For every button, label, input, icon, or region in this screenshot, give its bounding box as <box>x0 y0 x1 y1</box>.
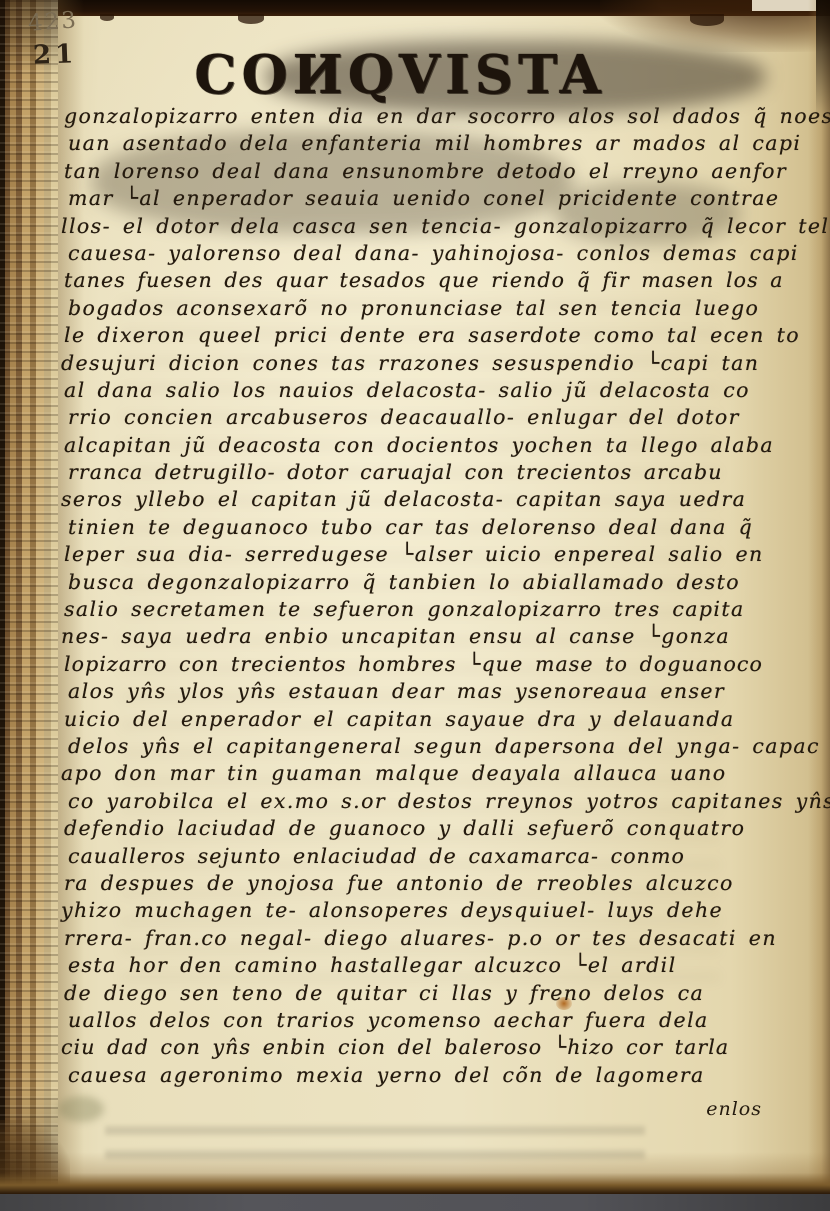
bottom-bleedthrough-text <box>105 1126 645 1170</box>
manuscript-line: co yarobilca el ex.mo s.or destos rreyno… <box>68 789 809 816</box>
manuscript-line: delos yn̂s el capitangeneral segun daper… <box>68 734 809 761</box>
manuscript-line: salio secretamen te sefueron gonzalopiza… <box>64 597 809 624</box>
manuscript-line: gonzalopizarro enten dia en dar socorro … <box>64 104 809 131</box>
manuscript-line: leper sua dia- serredugese └alser uicio … <box>64 542 809 569</box>
manuscript-line: yhizo muchagen te- alonsoperes deysquiue… <box>61 898 809 925</box>
manuscript-line: rrera- fran.co negal- diego aluares- p.o… <box>64 926 809 953</box>
manuscript-line: le dixeron queel prici dente era saserdo… <box>64 323 809 350</box>
manuscript-line: uallos delos con trarios ycomenso aechar… <box>68 1008 809 1035</box>
manuscript-line: ra despues de ynojosa fue antonio de rre… <box>64 871 809 898</box>
manuscript-line: esta hor den camino hastallegar alcuzco … <box>68 953 809 980</box>
top-light-patch <box>752 0 816 11</box>
catchword: enlos <box>706 1098 762 1120</box>
manuscript-line: apo don mar tin guaman malque deayala al… <box>61 761 809 788</box>
manuscript-line: caualleros sejunto enlaciudad de caxamar… <box>68 844 809 871</box>
manuscript-line: desujuri dicion cones tas rrazones sesus… <box>61 351 809 378</box>
ink-drip <box>690 14 724 26</box>
manuscript-page: 423 21 COИQVISTA gonzalopizarro enten di… <box>0 0 830 1211</box>
manuscript-line: mar └al enperador seauia uenido conel pr… <box>68 186 809 213</box>
manuscript-line: seros yllebo el capitan jũ delacosta- ca… <box>61 487 809 514</box>
folio-number: 423 <box>27 7 79 36</box>
manuscript-line: de diego sen teno de quitar ci llas y fr… <box>64 981 809 1008</box>
manuscript-line: bogados aconsexarõ no pronunciase tal se… <box>68 296 809 323</box>
manuscript-line: busca degonzalopizarro q̃ tanbien lo abi… <box>68 570 809 597</box>
manuscript-line: lopizarro con trecientos hombres └que ma… <box>64 652 809 679</box>
manuscript-line: nes- saya uedra enbio uncapitan ensu al … <box>61 624 809 651</box>
text-block: gonzalopizarro enten dia en dar socorro … <box>64 104 809 1090</box>
manuscript-line: uicio del enperador el capitan sayaue dr… <box>64 707 809 734</box>
manuscript-line: alcapitan jũ deacosta con docientos yoch… <box>64 433 809 460</box>
manuscript-line: llos- el dotor dela casca sen tencia- go… <box>61 214 809 241</box>
page-title: COИQVISTA <box>150 44 650 106</box>
ink-drip <box>100 14 114 21</box>
manuscript-line: defendio laciudad de guanoco y dalli sef… <box>64 816 809 843</box>
manuscript-line: tinien te deguanoco tubo car tas deloren… <box>68 515 809 542</box>
manuscript-line: ciu dad con yn̂s enbin cion del baleroso… <box>61 1035 809 1062</box>
table-surface-band <box>0 1194 830 1211</box>
folio-number-secondary: 21 <box>32 39 77 71</box>
manuscript-line: al dana salio los nauios delacosta- sali… <box>64 378 809 405</box>
manuscript-line: tan lorenso deal dana ensunombre detodo … <box>64 159 809 186</box>
book-binding-page-edges <box>0 0 58 1211</box>
ink-drip <box>238 14 264 24</box>
manuscript-line: rrio concien arcabuseros deacauallo- enl… <box>68 405 809 432</box>
manuscript-line: cauesa- yalorenso deal dana- yahinojosa-… <box>68 241 809 268</box>
manuscript-line: uan asentado dela enfanteria mil hombres… <box>68 131 809 158</box>
right-edge-dark-corner <box>816 0 830 120</box>
manuscript-line: alos yn̂s ylos yn̂s estauan dear mas yse… <box>68 679 809 706</box>
olive-margin-smudge <box>58 1096 104 1122</box>
manuscript-line: cauesa ageronimo mexia yerno del cõn de … <box>68 1063 809 1090</box>
manuscript-line: rranca detrugillo- dotor caruajal con tr… <box>68 460 809 487</box>
manuscript-line: tanes fuesen des quar tesados que riendo… <box>64 268 809 295</box>
right-page-edge <box>808 0 830 1211</box>
